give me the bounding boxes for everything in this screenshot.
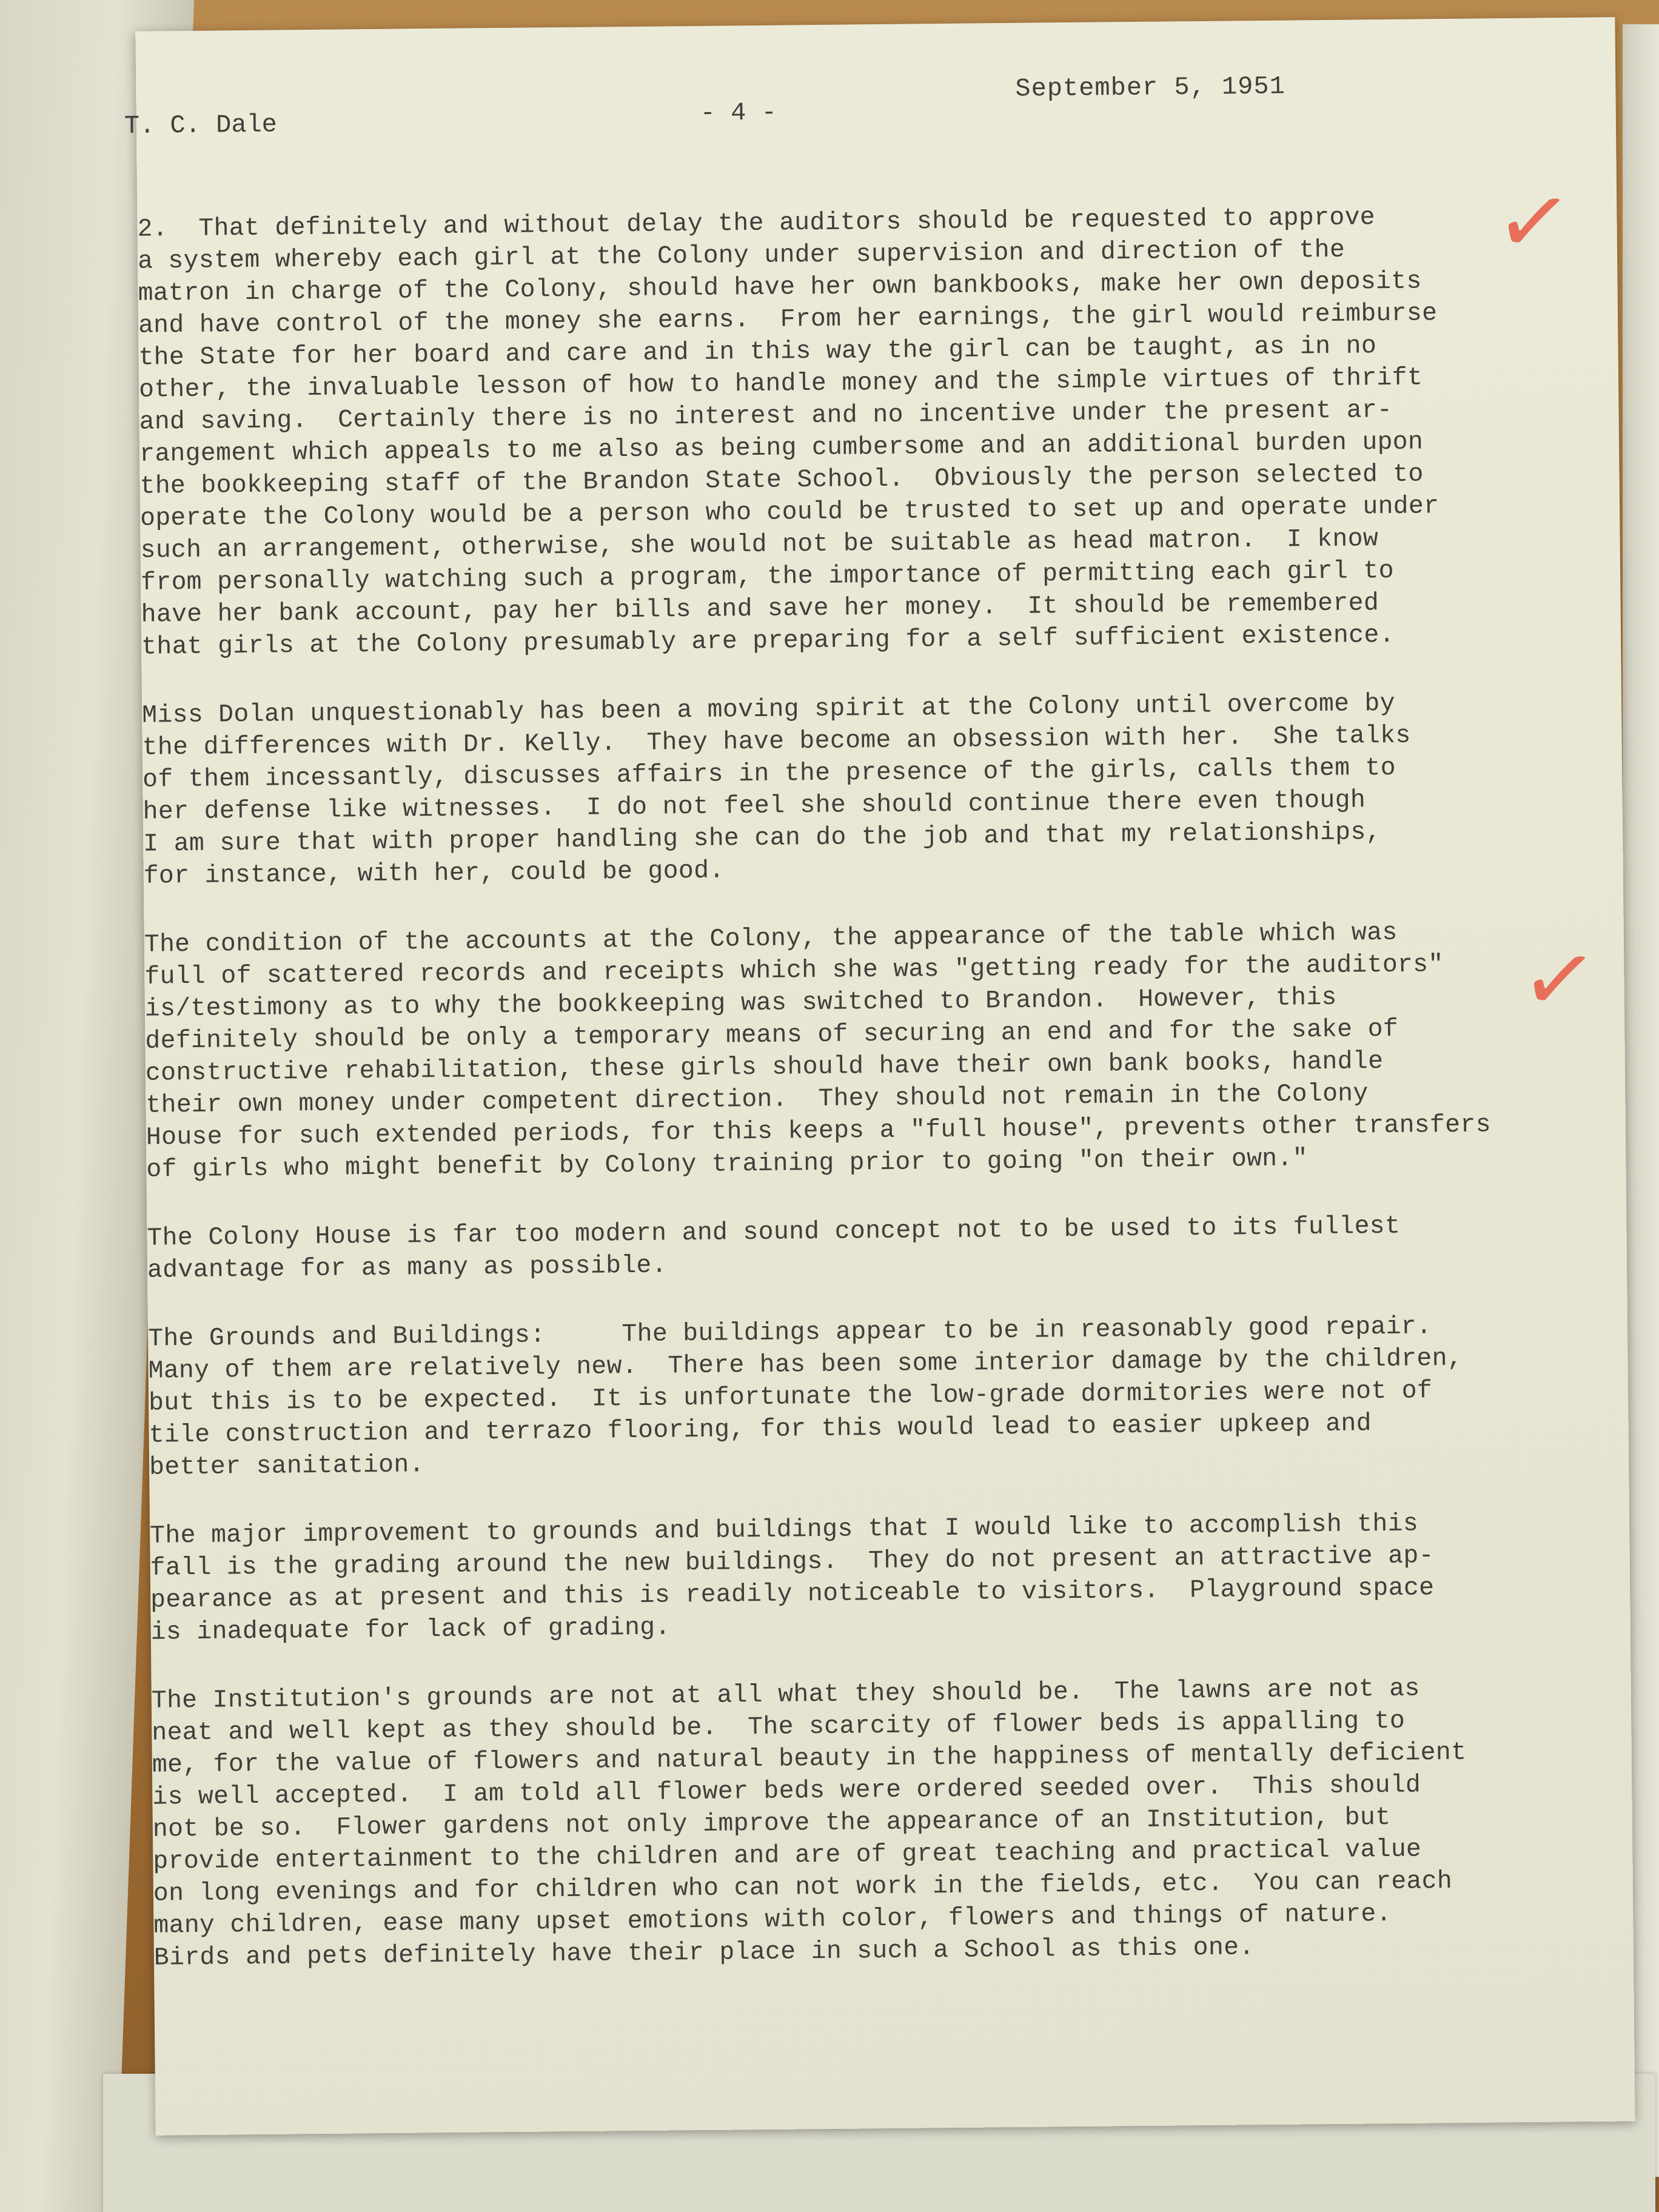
paragraph-bookkeeping-recommendation: 2. That definitely and without delay the… [137,200,1536,663]
letter-body: 2. That definitely and without delay the… [137,200,1549,2011]
page-number: - 4 - [700,98,777,128]
letter-header: T. C. Dale - 4 - September 5, 1951 [136,90,1617,152]
paragraph-grounds-buildings: The Grounds and Buildings: The buildings… [148,1310,1544,1484]
letter-date: September 5, 1951 [1015,72,1285,104]
paragraph-colony-accounts: The condition of the accounts at the Col… [144,916,1541,1186]
paragraph-institution-grounds: The Institution's grounds are not at all… [152,1672,1549,1974]
typewritten-letter-page: T. C. Dale - 4 - September 5, 1951 ✓ ✓ 2… [135,17,1635,2135]
paragraph-colony-house: The Colony House is far too modern and s… [147,1209,1542,1287]
paragraph-major-improvement: The major improvement to grounds and bui… [150,1507,1546,1649]
paragraph-miss-dolan: Miss Dolan unquestionably has been a mov… [142,686,1538,893]
recipient-name: T. C. Dale [124,110,277,141]
